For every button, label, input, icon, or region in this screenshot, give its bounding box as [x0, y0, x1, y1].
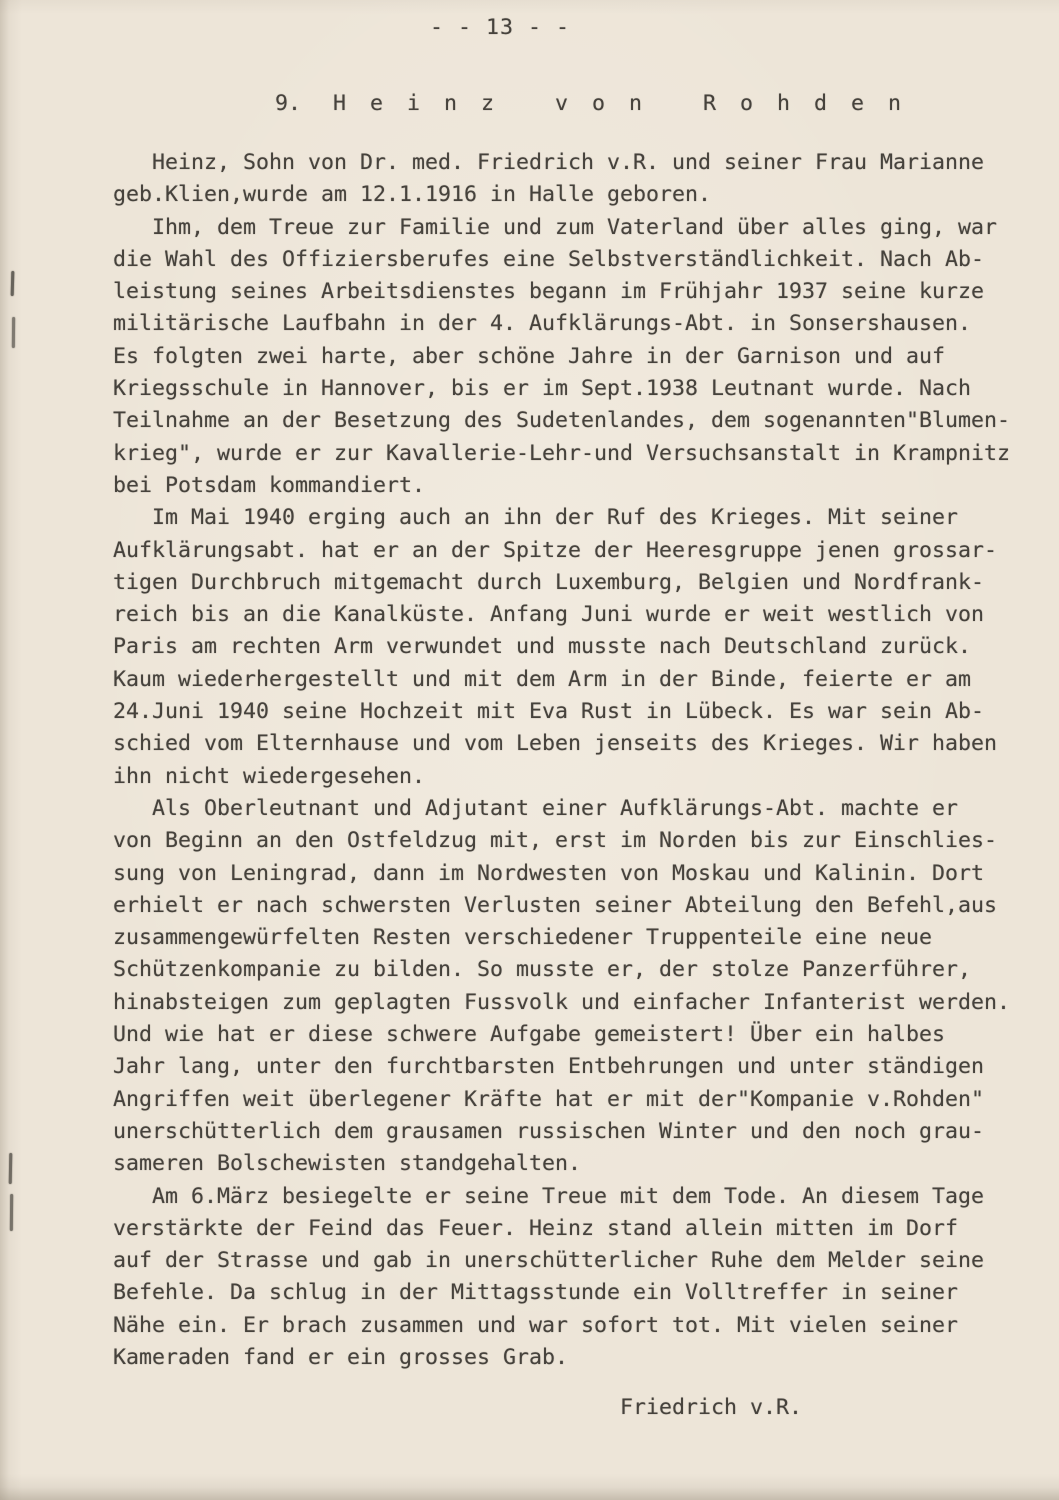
- text-line: Im Mai 1940 erging auch an ihn der Ruf d…: [113, 502, 1023, 534]
- paragraph: Im Mai 1940 erging auch an ihn der Ruf d…: [113, 502, 1023, 793]
- paragraph: Als Oberleutnant und Adjutant einer Aufk…: [113, 793, 1023, 1181]
- binding-mark: [10, 1194, 13, 1231]
- text-line: reich bis an die Kanalküste. Anfang Juni…: [113, 599, 1023, 631]
- body-text: Heinz, Sohn von Dr. med. Friedrich v.R. …: [113, 147, 1023, 1374]
- text-line: schied vom Elternhause und vom Leben jen…: [113, 728, 1023, 760]
- text-line: Am 6.März besiegelte er seine Treue mit …: [113, 1181, 1023, 1213]
- text-line: Teilnahme an der Besetzung des Sudetenla…: [113, 405, 1023, 437]
- text-line: sameren Bolschewisten standgehalten.: [113, 1148, 1023, 1180]
- text-line: militärische Laufbahn in der 4. Aufkläru…: [113, 308, 1023, 340]
- text-line: von Beginn an den Ostfeldzug mit, erst i…: [113, 825, 1023, 857]
- text-line: Aufklärungsabt. hat er an der Spitze der…: [113, 535, 1023, 567]
- paragraph: Heinz, Sohn von Dr. med. Friedrich v.R. …: [113, 147, 1023, 212]
- section-title: H e i n z v o n R o h d e n: [333, 88, 907, 120]
- text-line: Als Oberleutnant und Adjutant einer Aufk…: [113, 793, 1023, 825]
- text-line: unerschütterlich dem grausamen russische…: [113, 1116, 1023, 1148]
- page-number: - - 13 - -: [430, 12, 570, 44]
- text-line: Befehle. Da schlug in der Mittagsstunde …: [113, 1277, 1023, 1309]
- text-line: verstärkte der Feind das Feuer. Heinz st…: [113, 1213, 1023, 1245]
- binding-mark: [9, 1153, 13, 1184]
- text-line: 24.Juni 1940 seine Hochzeit mit Eva Rust…: [113, 696, 1023, 728]
- text-line: leistung seines Arbeitsdienstes begann i…: [113, 276, 1023, 308]
- paragraph: Am 6.März besiegelte er seine Treue mit …: [113, 1181, 1023, 1375]
- section-heading: 9. H e i n z v o n R o h d e n: [275, 88, 907, 120]
- text-line: Ihm, dem Treue zur Familie und zum Vater…: [113, 212, 1023, 244]
- text-line: Kaum wiederhergestellt und mit dem Arm i…: [113, 664, 1023, 696]
- text-line: krieg", wurde er zur Kavallerie-Lehr-und…: [113, 438, 1023, 470]
- binding-mark: [11, 271, 15, 296]
- text-line: die Wahl des Offiziersberufes eine Selbs…: [113, 244, 1023, 276]
- text-line: ihn nicht wiedergesehen.: [113, 761, 1023, 793]
- text-line: Nähe ein. Er brach zusammen und war sofo…: [113, 1310, 1023, 1342]
- signature: Friedrich v.R.: [620, 1392, 802, 1424]
- scanned-page: - - 13 - - 9. H e i n z v o n R o h d e …: [0, 0, 1059, 1500]
- text-line: hinabsteigen zum geplagten Fussvolk und …: [113, 987, 1023, 1019]
- text-line: Und wie hat er diese schwere Aufgabe gem…: [113, 1019, 1023, 1051]
- text-line: zusammengewürfelten Resten verschiedener…: [113, 922, 1023, 954]
- text-line: Paris am rechten Arm verwundet und musst…: [113, 631, 1023, 663]
- text-line: Jahr lang, unter den furchtbarsten Entbe…: [113, 1051, 1023, 1083]
- text-line: Kameraden fand er ein grosses Grab.: [113, 1342, 1023, 1374]
- text-line: auf der Strasse und gab in unerschütterl…: [113, 1245, 1023, 1277]
- paragraph: Ihm, dem Treue zur Familie und zum Vater…: [113, 212, 1023, 503]
- text-line: erhielt er nach schwersten Verlusten sei…: [113, 890, 1023, 922]
- text-line: Angriffen weit überlegener Kräfte hat er…: [113, 1084, 1023, 1116]
- text-line: tigen Durchbruch mitgemacht durch Luxemb…: [113, 567, 1023, 599]
- text-line: bei Potsdam kommandiert.: [113, 470, 1023, 502]
- text-line: geb.Klien,wurde am 12.1.1916 in Halle ge…: [113, 179, 1023, 211]
- text-line: Schützenkompanie zu bilden. So musste er…: [113, 954, 1023, 986]
- text-line: Kriegsschule in Hannover, bis er im Sept…: [113, 373, 1023, 405]
- binding-mark: [12, 317, 15, 348]
- text-line: Heinz, Sohn von Dr. med. Friedrich v.R. …: [113, 147, 1023, 179]
- section-number: 9.: [275, 88, 301, 120]
- text-line: Es folgten zwei harte, aber schöne Jahre…: [113, 341, 1023, 373]
- text-line: sung von Leningrad, dann im Nordwesten v…: [113, 858, 1023, 890]
